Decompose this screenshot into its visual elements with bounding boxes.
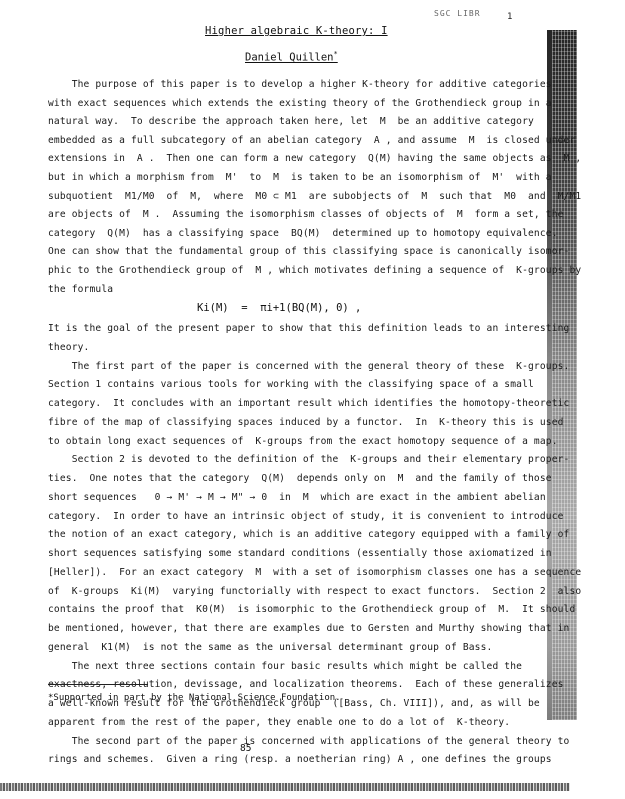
text-line: category. In order to have an intrinsic … — [48, 511, 564, 522]
text-line: The second part of the paper is concerne… — [48, 736, 569, 747]
text-line: the notion of an exact category, which i… — [48, 529, 569, 540]
scan-edge-shadow-bottom — [0, 783, 570, 791]
text-line: The first part of the paper is concerned… — [48, 361, 569, 372]
library-stamp: SGC LIBR — [434, 9, 481, 18]
text-line: phic to the Grothendieck group of M , wh… — [48, 265, 581, 276]
scanned-page: SGC LIBR 1 Higher algebraic K-theory: I … — [0, 0, 625, 799]
text-line: the formula — [48, 284, 113, 295]
text-line: natural way. To describe the approach ta… — [48, 116, 534, 127]
text-line: short sequences satisfying some standard… — [48, 548, 552, 559]
footnote-rule — [48, 684, 148, 685]
text-line: category Q(M) has a classifying space BQ… — [48, 228, 558, 239]
text-line: category. It concludes with an important… — [48, 398, 569, 409]
text-line: contains the proof that K0(M) is isomorp… — [48, 604, 575, 615]
paper-title: Higher algebraic K-theory: I — [205, 25, 388, 37]
text-line: are objects of M . Assuming the isomorph… — [48, 209, 564, 220]
text-line: embedded as a full subcategory of an abe… — [48, 135, 575, 146]
text-line: extensions in A . Then one can form a ne… — [48, 153, 581, 164]
text-line: fibre of the map of classifying spaces i… — [48, 417, 564, 428]
page-mark: 1 — [507, 12, 512, 22]
scan-edge-shadow-right — [547, 30, 577, 720]
text-line: with exact sequences which extends the e… — [48, 98, 552, 109]
text-line: short sequences 0 → M' → M → M" → 0 in M… — [48, 492, 546, 503]
text-line: general K1(M) is not the same as the uni… — [48, 642, 492, 653]
k-group-formula: Ki(M) = πi+1(BQ(M), 0) , — [197, 302, 361, 314]
footnote: *Supported in part by the National Scien… — [48, 693, 341, 703]
text-line: apparent from the rest of the paper, the… — [48, 717, 510, 728]
text-line: be mentioned, however, that there are ex… — [48, 623, 569, 634]
author-name: Daniel Quillen* — [245, 50, 338, 64]
text-line: The purpose of this paper is to develop … — [48, 79, 552, 90]
text-line: theory. — [48, 342, 89, 353]
text-line: ties. One notes that the category Q(M) d… — [48, 473, 552, 484]
text-line: to obtain long exact sequences of K-grou… — [48, 436, 558, 447]
text-line: The next three sections contain four bas… — [48, 661, 522, 672]
text-line: but in which a morphism from M' to M is … — [48, 172, 552, 183]
text-line: subquotient M1/M0 of M, where M0 ⊂ M1 ar… — [48, 191, 581, 202]
text-line: It is the goal of the present paper to s… — [48, 323, 569, 334]
page-number: 85 — [240, 743, 251, 754]
text-line: Section 2 is devoted to the definition o… — [48, 454, 569, 465]
text-line: One can show that the fundamental group … — [48, 246, 569, 257]
text-line: of K-groups Ki(M) varying functorially w… — [48, 586, 581, 597]
text-line: [Heller]). For an exact category M with … — [48, 567, 581, 578]
text-line: Section 1 contains various tools for wor… — [48, 379, 534, 390]
text-line: rings and schemes. Given a ring (resp. a… — [48, 754, 552, 765]
